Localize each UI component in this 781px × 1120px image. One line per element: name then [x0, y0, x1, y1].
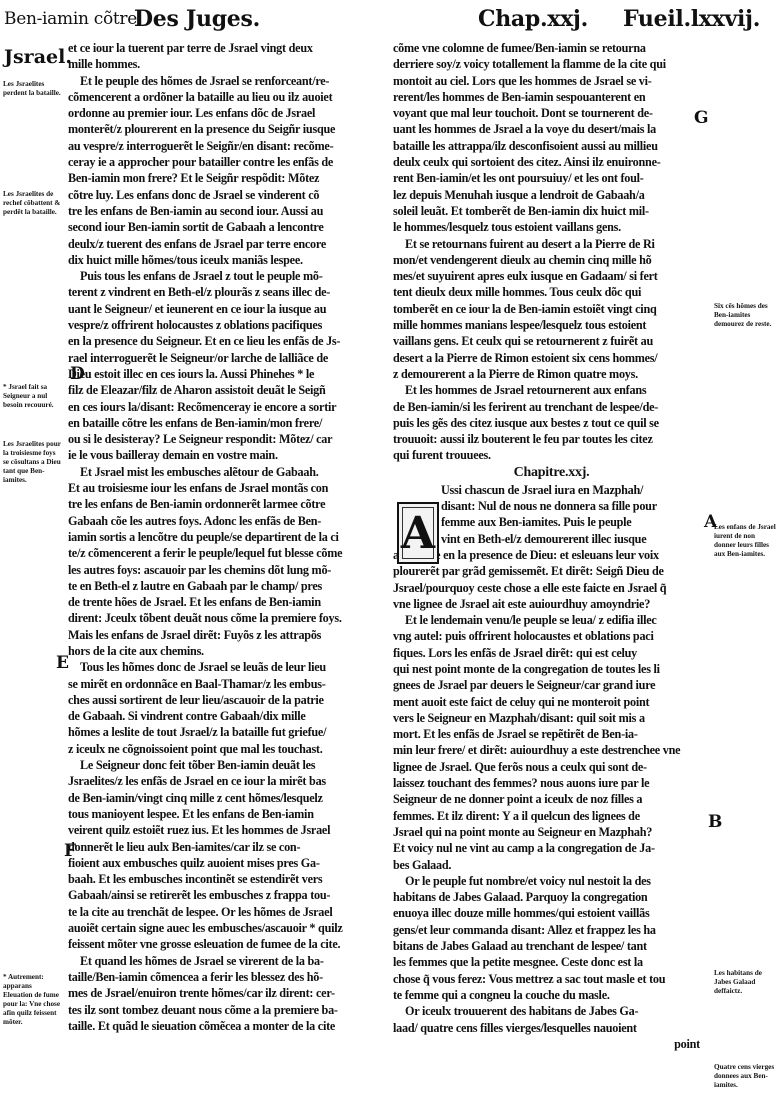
- text-line: de trente hões de Jsrael. Et les enfans …: [68, 594, 386, 610]
- text-line: Tous les hõmes donc de Jsrael se leuãs d…: [68, 659, 386, 675]
- text-line: feissent mõter vne grosse esleuation de …: [68, 936, 386, 952]
- text-line: deulx ceulx qui sortoient des citez. Ain…: [393, 154, 700, 170]
- text-line: se mirẽt en ordonnãce en Baal-Thamar/z l…: [68, 676, 386, 692]
- left-text-column: et ce iour la tuerent par terre de Jsrae…: [68, 40, 386, 1034]
- text-line: te la cite au trenchãt de lespee. Or les…: [68, 904, 386, 920]
- text-line: montoit au ciel. Lors que les hommes de …: [393, 73, 700, 89]
- text-line: laad/ quatre cens filles vierges/lesquel…: [393, 1020, 700, 1036]
- text-line: tomberẽt en ce iour la de Ben-iamin esto…: [393, 301, 700, 317]
- text-line: Jsraelites/z les enfãs de Jsrael en ce i…: [68, 773, 386, 789]
- text-line: tous manioyent lespee. Et les enfans de …: [68, 806, 386, 822]
- text-line: uant les hommes de Jsrael a la voye du d…: [393, 121, 700, 137]
- text-line: cõme vne colomne de fumee/Ben-iamin se r…: [393, 40, 700, 56]
- text-line: mes/et suyuirent apres eulx iusque en Ga…: [393, 268, 700, 284]
- book-title: Des Juges.: [134, 6, 260, 32]
- text-line: monterẽt/z plourerent en la presence du …: [68, 121, 386, 137]
- text-line: Le Seigneur donc feit tõber Ben-iamin de…: [68, 757, 386, 773]
- text-line: femmes. Et ilz dirent: Y a il quelcun de…: [393, 808, 700, 824]
- text-line: lez depuis Menuhah iusque a lendroit de …: [393, 187, 700, 203]
- running-title-left: Ben-iamin cõtre: [4, 9, 137, 29]
- text-line: taille. Et quãd le sieuation cõmẽcea a m…: [68, 1018, 386, 1034]
- text-line: derriere soy/z voicy totallement la flam…: [393, 56, 700, 72]
- margin-note-right: Six cẽs hõmes des Ben-iamites demourez d…: [714, 302, 776, 329]
- chapter-heading: Chapitre.xxj.: [393, 464, 700, 482]
- running-title-continuation: Jsrael.: [4, 46, 72, 68]
- section-marker-letter: F: [64, 841, 76, 861]
- text-line: Puis tous les enfans de Jsrael z tout le…: [68, 268, 386, 284]
- margin-note-left: Les Jsraelites pour la troisiesme foys s…: [3, 440, 61, 485]
- text-line: qui nest point monte de la congregation …: [393, 661, 700, 677]
- chapter-reference: Chap.xxj.: [478, 6, 588, 32]
- margin-note-right: Les enfans de Jsrael iurent de non donne…: [714, 523, 776, 559]
- text-line: Gabaah cõe les autres foys. Adonc les en…: [68, 513, 386, 529]
- section-marker-letter: A: [704, 512, 717, 532]
- drop-cap-letter: A: [401, 508, 435, 559]
- text-line: z demourerent a la Pierre de Rimon quatr…: [393, 366, 700, 382]
- text-line: uant le Seigneur/ et ieunerent en ce iou…: [68, 301, 386, 317]
- text-line: Mais les enfans de Jsrael dirẽt: Fuyõs z…: [68, 627, 386, 643]
- text-line: point: [393, 1036, 700, 1052]
- text-line: soleil leuãt. Et tomberẽt de Ben-iamin d…: [393, 203, 700, 219]
- text-line: veirent quilz estoiẽt ruez ius. Et les h…: [68, 822, 386, 838]
- text-line: voyant que mal leur touchoit. Dont se to…: [393, 105, 700, 121]
- text-line: ie le vous bailleray demain en vostre ma…: [68, 447, 386, 463]
- text-line: Et au troisiesme iour les enfans de Jsra…: [68, 480, 386, 496]
- text-line: de Ben-iamin/si les ferirent au trenchan…: [393, 399, 700, 415]
- text-line: gnees de Jsrael par deuers le Seigneur/c…: [393, 677, 700, 693]
- text-line: mon/et vendengerent dieulx au chemin cin…: [393, 252, 700, 268]
- text-line: disant: Nul de nous ne donnera sa fille …: [393, 498, 700, 514]
- text-line: mort. Et les enfãs de Jsrael se repẽtirẽ…: [393, 726, 700, 742]
- margin-note-left: Les Jsraelites perdent la bataille.: [3, 80, 61, 98]
- text-line: Or le peuple fut nombre/et voicy nul nes…: [393, 873, 700, 889]
- text-line: Dieu estoit illec en ces iours la. Aussi…: [68, 366, 386, 382]
- margin-note-right: Les habitans de Jabes Galaad deffaictz.: [714, 969, 776, 996]
- text-line: Jsrael/pourquoy ceste chose a elle este …: [393, 580, 700, 596]
- text-line: cõtre luy. Les enfans donc de Jsrael se …: [68, 187, 386, 203]
- text-line: hors de la cite aux chemins.: [68, 643, 386, 659]
- text-line: rerent/les hommes de Ben-iamin sespouant…: [393, 89, 700, 105]
- section-marker-letter: G: [694, 108, 709, 128]
- text-line: te femme qui a congneu la couche du masl…: [393, 987, 700, 1003]
- right-text-column: cõme vne colomne de fumee/Ben-iamin se r…: [393, 40, 700, 1052]
- text-line: femme aux Ben-iamites. Puis le peuple: [393, 514, 700, 530]
- text-line: au vespre/z interroguerẽt le Seigñr/en d…: [68, 138, 386, 154]
- text-line: gens/et leur commanda disant: Allez et f…: [393, 922, 700, 938]
- text-line: deulx/z tuerent des enfans de Jsrael par…: [68, 236, 386, 252]
- text-line: bitans de Jabes Galaad au trenchant de l…: [393, 938, 700, 954]
- text-line: Jsrael qui na point monte au Seigneur en…: [393, 824, 700, 840]
- text-line: Gabaah/ainsi se retirerẽt les embusches …: [68, 887, 386, 903]
- text-line: ches aussi sortirent de leur lieu/ascauo…: [68, 692, 386, 708]
- text-line: Et quand les hõmes de Jsrael se virerent…: [68, 953, 386, 969]
- margin-note-left: * Autrement: apparans Eleuation de fume …: [3, 973, 61, 1027]
- text-line: bataille les attrappa/ilz desconfisoient…: [393, 138, 700, 154]
- text-line: vers le Seigneur en Mazphah/disant: quil…: [393, 710, 700, 726]
- text-line: desert a la Pierre de Rimon estoient six…: [393, 350, 700, 366]
- text-line: filz de Eleazar/filz de Aharon assistoit…: [68, 382, 386, 398]
- text-line: tre les enfans de Ben-iamin au second io…: [68, 203, 386, 219]
- text-line: bes Galaad.: [393, 857, 700, 873]
- text-line: ordonne au premier iour. Les enfans dõc …: [68, 105, 386, 121]
- text-line: donnerẽt le lieu aulx Ben-iamites/car il…: [68, 839, 386, 855]
- text-line: min leur frere/ et dirẽt: auiourdhuy a e…: [393, 742, 700, 758]
- text-line: enuoya illec douze mille hommes/qui esto…: [393, 905, 700, 921]
- text-line: mille hommes manians lespee/lesquelz tou…: [393, 317, 700, 333]
- text-line: puis les gẽs des citez iusque aux bestes…: [393, 415, 700, 431]
- text-line: et ce iour la tuerent par terre de Jsrae…: [68, 40, 386, 56]
- text-line: vne lignee de Jsrael ait este auiourdhuy…: [393, 596, 700, 612]
- text-line: Or iceulx trouuerent des habitans de Jab…: [393, 1003, 700, 1019]
- text-line: Et Jsrael mist les embusches alẽtour de …: [68, 464, 386, 480]
- section-marker-letter: E: [56, 653, 69, 673]
- text-line: second iour Ben-iamin sortit de Gabaah a…: [68, 219, 386, 235]
- text-line: habitans de Jabes Galaad. Parquoy la con…: [393, 889, 700, 905]
- text-line: vng autel: puis offrirent holocaustes et…: [393, 628, 700, 644]
- text-line: te/z cõmencerent a ferir le peuple/leque…: [68, 545, 386, 561]
- text-line: dirent: Jceulx tõbent deuãt nous cõme la…: [68, 610, 386, 626]
- text-line: tre les enfans de Ben-iamin ordonnerẽt l…: [68, 496, 386, 512]
- decorated-initial-icon: A: [397, 502, 439, 564]
- text-line: mes de Jsrael/enuiron trente hõmes/car i…: [68, 985, 386, 1001]
- text-line: en la presence du Seigneur. Et en ce lie…: [68, 333, 386, 349]
- margin-note-left: Les Jsraelites de rechef cõbattent & per…: [3, 190, 61, 217]
- text-line: Et se retournans fuirent au desert a la …: [393, 236, 700, 252]
- text-line: laissez touchant des femmes? nous auons …: [393, 775, 700, 791]
- text-line: iamin sortis a lencõtre du peuple/se dep…: [68, 529, 386, 545]
- section-marker-letter: B: [708, 812, 722, 832]
- text-line: rael interroguerẽt le Seigneur/or larche…: [68, 350, 386, 366]
- text-line: cõmencerent a ordõner la bataille au lie…: [68, 89, 386, 105]
- text-line: Ben-iamin mon frere? Et le Seigñr respõd…: [68, 170, 386, 186]
- section-marker-letter: D: [70, 364, 85, 384]
- margin-note-left: * Jsrael fait sa Seigneur a nul besoin r…: [3, 383, 61, 410]
- text-line: qui furent trouuees.: [393, 447, 700, 463]
- text-line: mille hommes.: [68, 56, 386, 72]
- text-line: vespre/z offrirent holocaustes z oblatio…: [68, 317, 386, 333]
- margin-note-right: Quatre cens vierges donnees aux Ben-iami…: [714, 1063, 776, 1090]
- text-line: terent z vindrent en Beth-el/z plourãs z…: [68, 284, 386, 300]
- text-line: Seigneur de ne donner point a iceulx de …: [393, 791, 700, 807]
- folio-number: Fueil.lxxvij.: [623, 6, 760, 32]
- text-line: Et le peuple des hõmes de Jsrael se renf…: [68, 73, 386, 89]
- text-line: Ussi chascun de Jsrael iura en Mazphah/: [393, 482, 700, 498]
- text-line: de Gabaah. Si vindrent contre Gabaah/dix…: [68, 708, 386, 724]
- text-line: ou si le desisteray? Le Seigneur respond…: [68, 431, 386, 447]
- text-line: tent dieulx deux mille hommes. Tous ceul…: [393, 284, 700, 300]
- text-line: z iceulx ne cõgnoissoient point que mal …: [68, 741, 386, 757]
- text-line: taille/Ben-iamin cõmencea a ferir les bl…: [68, 969, 386, 985]
- text-line: fiques. Lors les enfãs de Jsrael dirẽt: …: [393, 645, 700, 661]
- text-line: le hommes/lesquelz tous estoient vaillan…: [393, 219, 700, 235]
- text-line: te en Beth-el z lautre en Gabaah par le …: [68, 578, 386, 594]
- text-line: plourerẽt par grãd gemissemẽt. Et dirẽt:…: [393, 563, 700, 579]
- text-line: hõmes a leslite de tout Jsrael/z la bata…: [68, 724, 386, 740]
- text-line: au vespre en la presence de Dieu: et esl…: [393, 547, 700, 563]
- text-line: tes ilz sont tombez deuant nous cõme a l…: [68, 1002, 386, 1018]
- text-line: les femmes que la petite mesgnee. Ceste …: [393, 954, 700, 970]
- text-line: Et voicy nul ne vint au camp a la congre…: [393, 840, 700, 856]
- text-line: ment auoit este faict de celuy qui ne mo…: [393, 694, 700, 710]
- text-line: dix huict mille hõmes/tous iceulx maniãs…: [68, 252, 386, 268]
- text-line: de Ben-iamin/vingt cinq mille z cent hõm…: [68, 790, 386, 806]
- text-line: en bataille cõtre les enfans de Ben-iami…: [68, 415, 386, 431]
- text-line: trouuoit: aussi ilz bouterent le feu par…: [393, 431, 700, 447]
- text-line: Et le lendemain venu/le peuple se leua/ …: [393, 612, 700, 628]
- text-line: vint en Beth-el/z demourerent illec iusq…: [393, 531, 700, 547]
- text-line: les autres foys: ascauoir par les chemin…: [68, 562, 386, 578]
- page-header: Ben-iamin cõtre Des Juges. Chap.xxj. Fue…: [0, 0, 781, 40]
- text-line: rent Ben-iamin/et les ont poursuiuy/ et …: [393, 170, 700, 186]
- text-line: vaillans gens. Et ceulx qui se retourner…: [393, 333, 700, 349]
- text-line: auoiẽt certain signe auec les embusches/…: [68, 920, 386, 936]
- text-line: fioient aux embusches quilz auoient mise…: [68, 855, 386, 871]
- text-line: ceray ie a approcher pour batailler cont…: [68, 154, 386, 170]
- text-line: chose q̃ vous ferez: Vous mettrez a sac …: [393, 971, 700, 987]
- text-line: baah. Et les embusches incontinẽt se est…: [68, 871, 386, 887]
- text-line: Et les hommes de Jsrael retournerent aux…: [393, 382, 700, 398]
- text-line: lignee de Jsrael. Que ferõs nous a ceulx…: [393, 759, 700, 775]
- text-line: en ces iours la/disant: Recõmenceray ie …: [68, 399, 386, 415]
